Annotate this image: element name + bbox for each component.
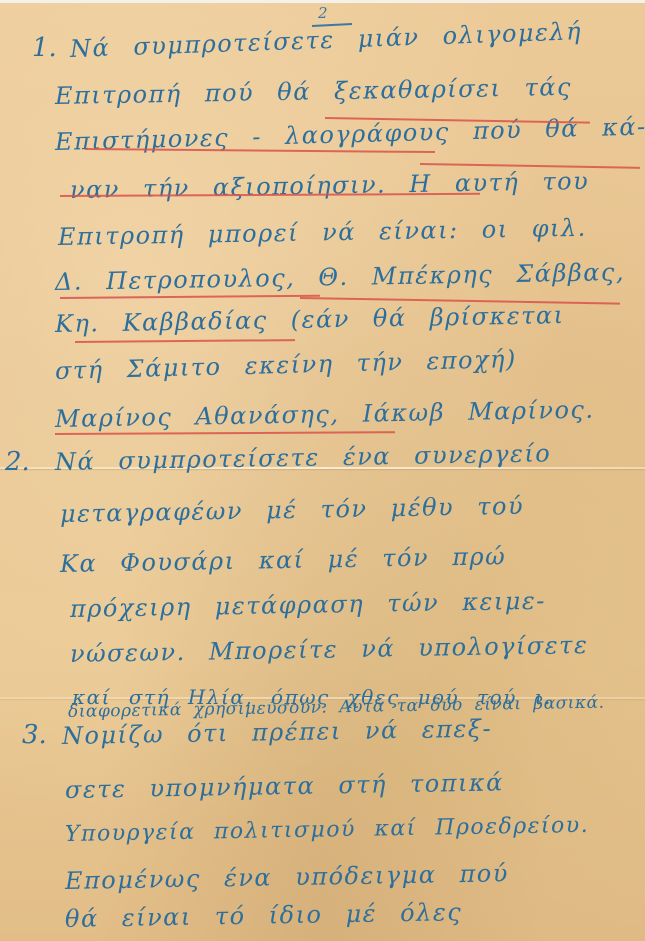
text-line: μεταγραφέων μέ τόν μέθυ τού (60, 492, 525, 528)
text-line: Μαρίνος Αθανάσης, Ιάκωβ Μαρίνος. (55, 396, 595, 433)
text-line: Επιτροπή πού θά ξεκαθαρίσει τάς (55, 73, 572, 110)
text-line: Νά συμπροτείσετε ένα συνεργείο (55, 439, 552, 476)
text-line: Κη. Καββαδίας (εάν θά βρίσκεται (55, 301, 565, 338)
text-line: Επιτροπή μπορεί νά είναι: οι φιλ. (58, 214, 587, 251)
text-line: σετε υπομνήματα στή τοπικά (65, 768, 504, 804)
text-line: ναν τήν αξιοποίησιν. Η αυτή του (70, 167, 590, 204)
red-underline (75, 339, 295, 342)
page-number: 2 (318, 4, 328, 22)
text-line: Δ. Πετροπουλος, Θ. Μπέκρης Σάββας, (55, 258, 625, 296)
text-line: στή Σάμιτο εκείνη τήν εποχή) (55, 345, 518, 385)
item-number: 1. (32, 33, 57, 63)
text-line: θά είναι τό ίδιο μέ όλες (65, 898, 463, 933)
item-number: 3. (22, 720, 47, 750)
text-line: Επομένως ένα υπόδειγμα πού (65, 859, 509, 895)
scan-edge (0, 0, 645, 3)
item-number: 2. (5, 447, 30, 477)
text-line: πρόχειρη μετάφραση τών κειμε- (70, 587, 546, 623)
handwritten-document-page: 2 1. Νά συμπροτείσετε μιάν ολιγομελή Επι… (0, 0, 645, 941)
text-line: Υπουργεία πολιτισμού καί Προεδρείου. (65, 813, 590, 847)
text-line: Κα Φουσάρι καί μέ τόν πρώ (60, 542, 507, 578)
red-underline (60, 295, 320, 299)
text-line: νώσεων. Μπορείτε νά υπολογίσετε (70, 631, 589, 668)
